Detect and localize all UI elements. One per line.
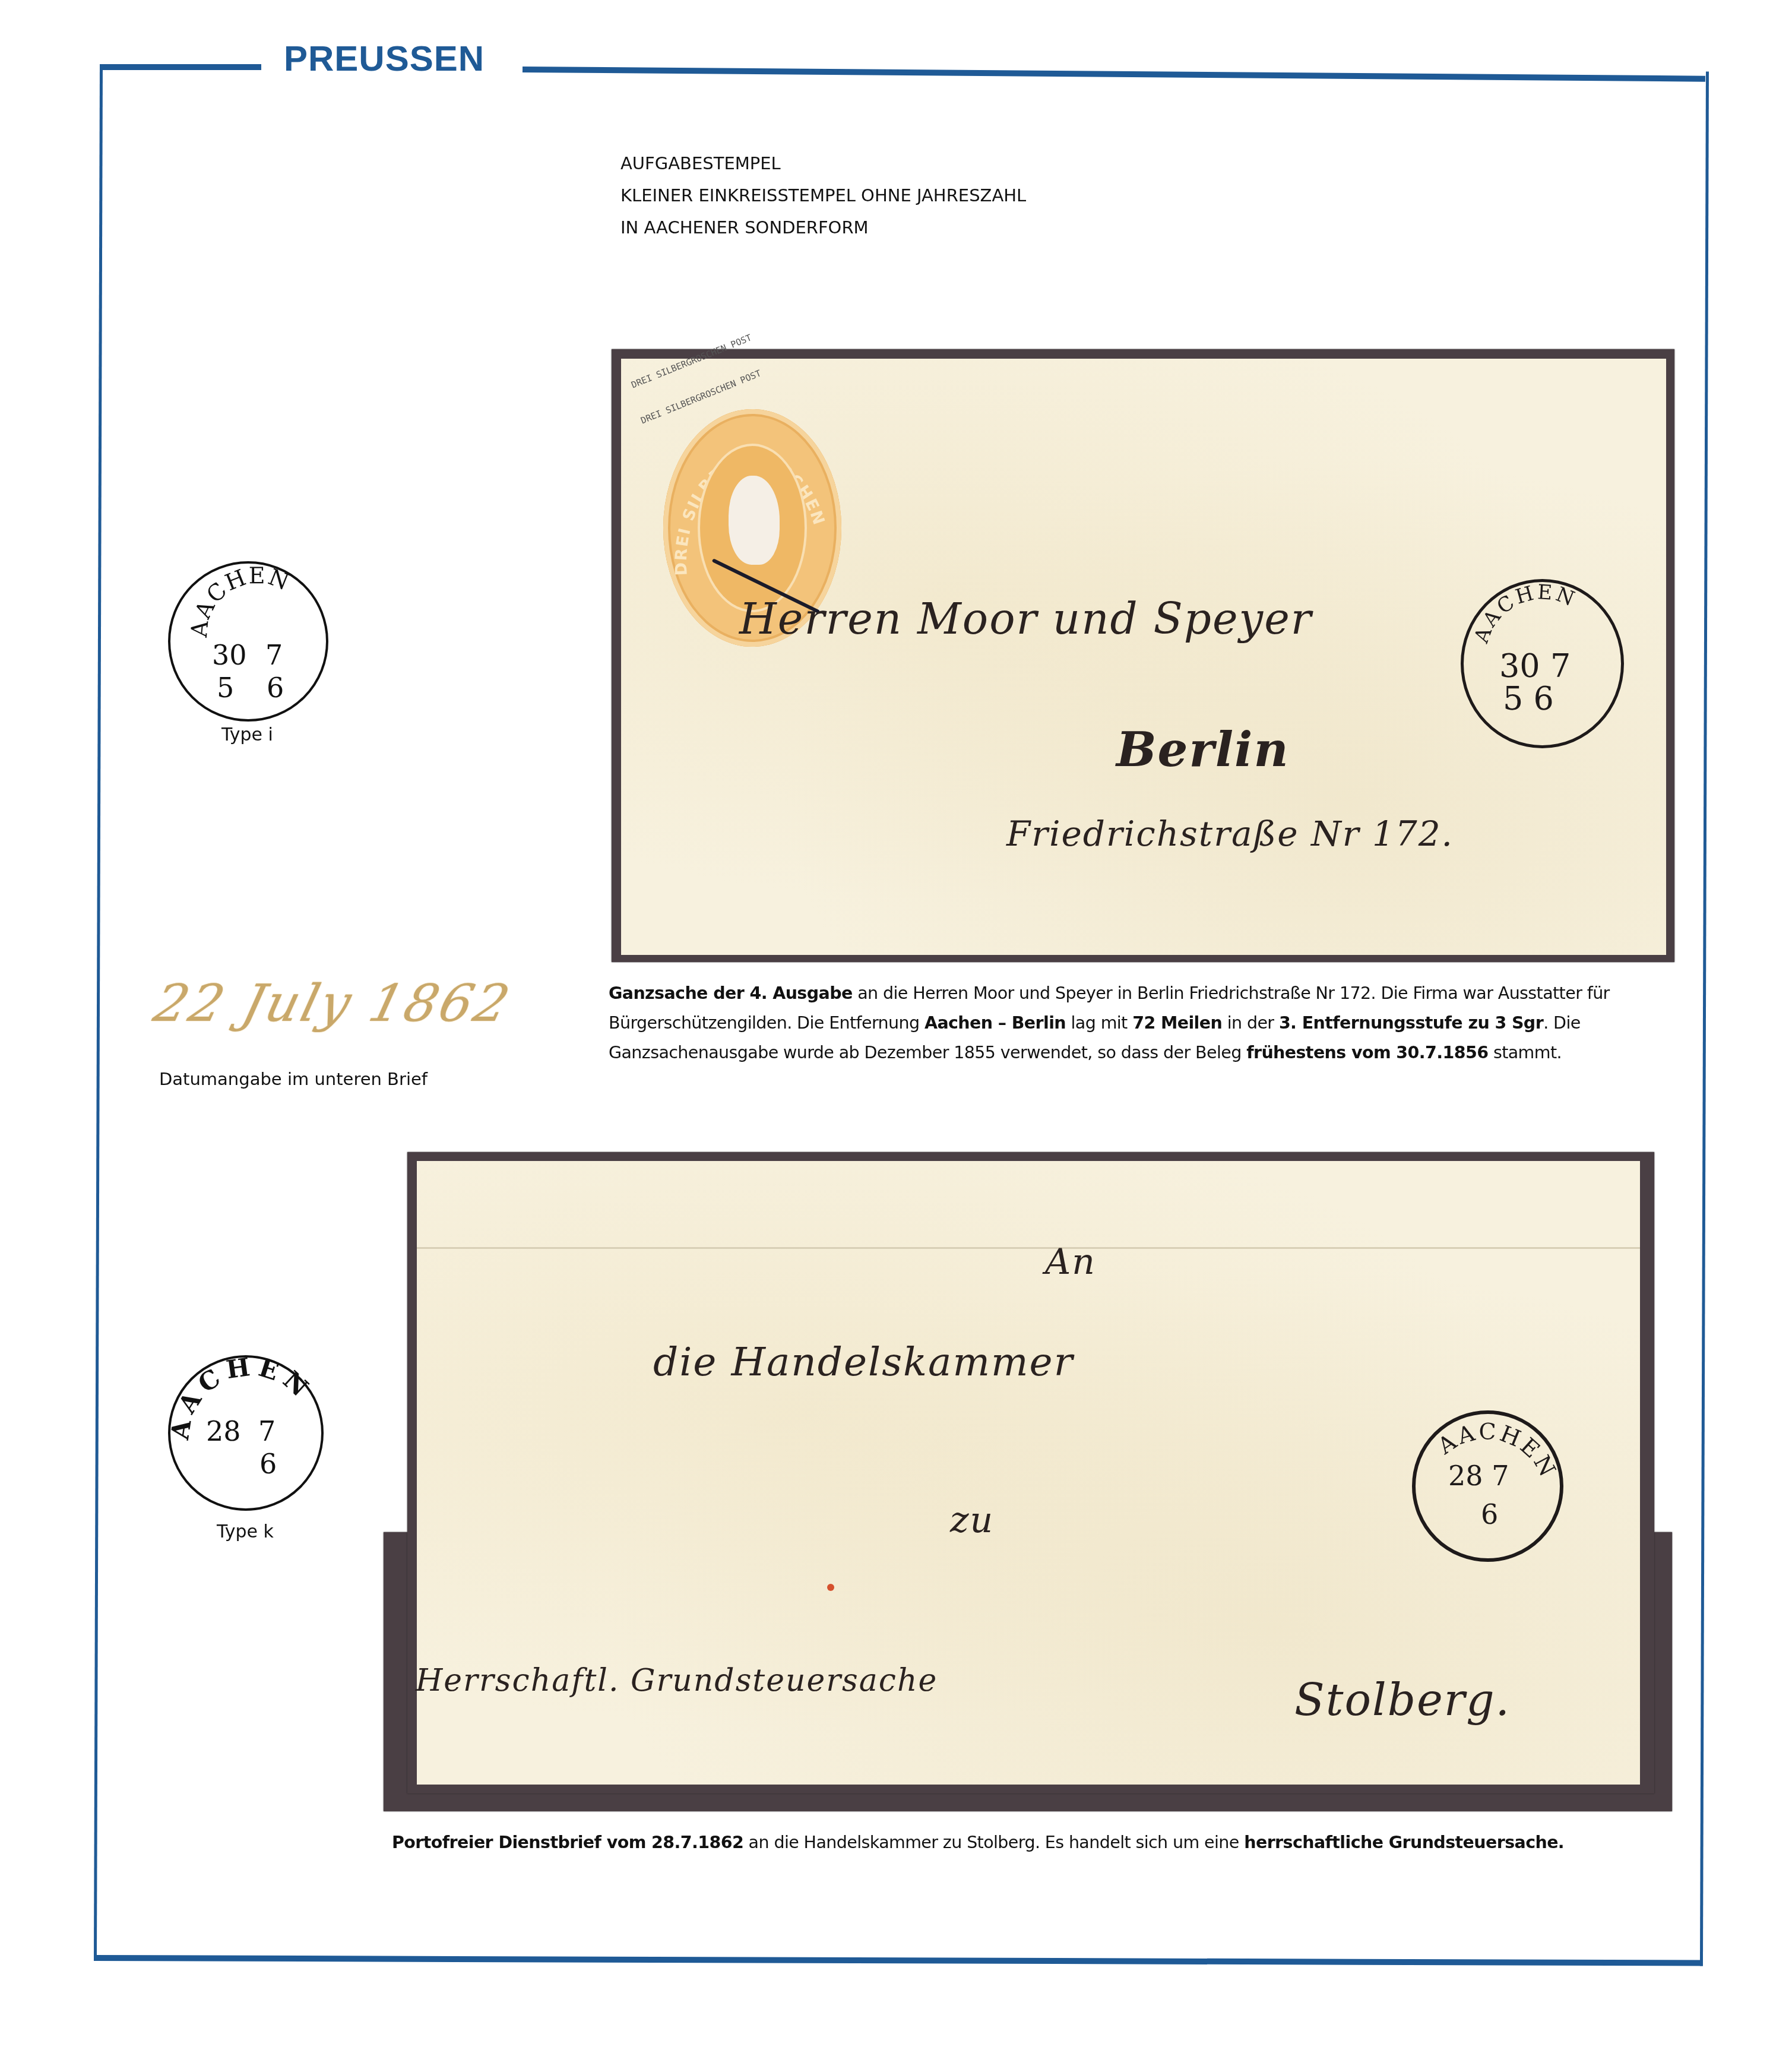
stamp-portrait-field — [700, 446, 805, 610]
letter1-postmark: AACHEN 30 7 5 6 — [1461, 579, 1624, 748]
letter2-city: Stolberg. — [1294, 1675, 1511, 1726]
reference-postmark-type-i: AACHEN 30 7 5 6 — [168, 561, 328, 722]
heading-line-3: IN AACHENER SONDERFORM — [620, 211, 1026, 243]
letter2-caption: Portofreier Dienstbrief vom 28.7.1862 an… — [392, 1828, 1674, 1858]
letter1-postmark-drawing: AACHEN 30 7 5 6 — [1464, 582, 1621, 745]
caption-run: in der — [1222, 1013, 1279, 1033]
heading-line-1: AUFGABESTEMPEL — [620, 147, 1026, 179]
letter2-addressee: die Handelskammer — [653, 1339, 1074, 1385]
letter2-fold-line — [417, 1247, 1640, 1249]
king-portrait-icon — [729, 476, 780, 565]
postmark-type-k-drawing: AACHEN 28 7 6 — [170, 1358, 326, 1513]
caption-run: 3. Entfernungsstufe zu 3 Sgr — [1279, 1013, 1543, 1033]
type-i-caption: Type i — [221, 725, 273, 745]
svg-text:AACHEN: AACHEN — [1470, 582, 1580, 647]
svg-text:AACHEN: AACHEN — [186, 564, 294, 639]
svg-text:7: 7 — [258, 1415, 276, 1447]
svg-text:5 6: 5 6 — [1503, 680, 1554, 717]
letter1-caption: Ganzsache der 4. Ausgabe an die Herren M… — [609, 979, 1671, 1068]
type-k-caption: Type k — [217, 1521, 274, 1542]
svg-text:5: 5 — [217, 672, 234, 704]
caption-run: Portofreier Dienstbrief vom 28.7.1862 — [392, 1833, 743, 1852]
svg-text:6: 6 — [259, 1448, 277, 1480]
exhibit-heading: AUFGABESTEMPEL KLEINER EINKREISSTEMPEL O… — [620, 147, 1026, 243]
svg-text:6: 6 — [1481, 1498, 1498, 1530]
letter1-street: Friedrichstraße Nr 172. — [1006, 814, 1454, 854]
caption-run: frühestens vom 30.7.1856 — [1246, 1043, 1488, 1062]
letter2-salutation: An — [1045, 1241, 1096, 1283]
svg-text:30: 30 — [212, 639, 247, 671]
caption-run: an die Handelskammer zu Stolberg. Es han… — [743, 1833, 1244, 1852]
svg-text:30 7: 30 7 — [1499, 647, 1571, 685]
letter2-postmark-drawing: AACHEN 28 7 6 — [1416, 1414, 1560, 1558]
heading-line-2: KLEINER EINKREISSTEMPEL OHNE JAHRESZAHL — [620, 179, 1026, 211]
handwritten-date-sample: 22 July 1862 — [148, 974, 518, 1033]
caption-run: lag mit — [1066, 1013, 1132, 1033]
postmark-type-i-drawing: AACHEN 30 7 5 6 — [170, 564, 331, 724]
caption-run: herrschaftliche Grundsteuersache. — [1244, 1833, 1564, 1852]
svg-text:AACHEN: AACHEN — [170, 1358, 318, 1442]
red-ink-dot — [827, 1584, 834, 1591]
handwritten-date-caption: Datumangabe im unteren Brief — [159, 1069, 428, 1089]
letter1-city: Berlin — [1116, 722, 1290, 777]
caption-run: Aachen – Berlin — [925, 1013, 1066, 1033]
letter1-addressee: Herren Moor und Speyer — [739, 594, 1312, 644]
svg-text:28: 28 — [206, 1415, 241, 1447]
page-title: PREUSSEN — [284, 38, 485, 79]
svg-text:6: 6 — [267, 672, 284, 704]
letter2-zu: zu — [950, 1499, 994, 1541]
letter2-note: Herrschaftl. Grundsteuersache — [416, 1663, 938, 1698]
letter2-postmark: AACHEN 28 7 6 — [1412, 1410, 1563, 1562]
svg-text:28 7: 28 7 — [1448, 1460, 1509, 1492]
caption-run: stammt. — [1488, 1043, 1562, 1062]
svg-text:7: 7 — [265, 639, 283, 671]
caption-run: 72 Meilen — [1132, 1013, 1222, 1033]
caption-run: Ganzsache der 4. Ausgabe — [609, 983, 853, 1003]
reference-postmark-type-k: AACHEN 28 7 6 — [168, 1355, 324, 1511]
